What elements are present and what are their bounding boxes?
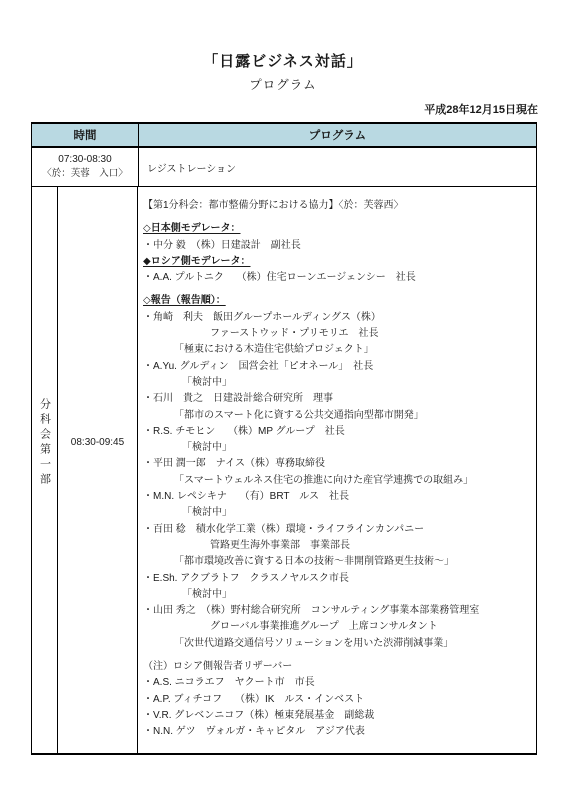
program-line: ◇日本側モデレータ： (138, 221, 536, 237)
program-line: 【第1分科会：都市整備分野における協力】〈於：芙蓉西〉 (138, 198, 536, 214)
session-label-cell: 分科会第一部 (32, 187, 58, 753)
table-header-row: 時間 プログラム (32, 124, 536, 148)
program-line: ◇報告（報告順）： (138, 293, 536, 309)
program-line: ファーストウッド・プリモリエ 社長 (138, 326, 536, 342)
program-line: 管路更生海外事業部 事業部長 (138, 538, 536, 554)
program-line: ・A.S. ニコラエフ ヤクート市 市長 (138, 675, 536, 691)
program-line: 「極東における木造住宅供給プロジェクト」 (138, 342, 536, 358)
header-cell-time: 時間 (32, 124, 139, 146)
program-line: ・A.P. ブィチコフ （株）IK ルス・インベスト (138, 692, 536, 708)
program-lines: 【第1分科会：都市整備分野における協力】〈於：芙蓉西〉◇日本側モデレータ：・中分… (138, 187, 536, 753)
program-table: 時間 プログラム 07:30-08:30 〈於：芙蓉 入口〉 レジストレーション… (31, 122, 537, 755)
program-line: ・M.N. レペシキナ （有）BRT ルス 社長 (138, 489, 536, 505)
program-line: ・R.S. チモヒン （株）MP グループ 社長 (138, 424, 536, 440)
program-line: ・V.R. グレベンニコフ（株）極東発展基金 副総裁 (138, 708, 536, 724)
header-cell-program: プログラム (139, 124, 536, 146)
program-line: ・A.A. プルトニク （株）住宅ローンエージェンシー 社長 (138, 270, 536, 286)
session-label: 分科会第一部 (37, 398, 53, 488)
title-block: 「日露ビジネス対話」 プログラム (0, 50, 566, 93)
program-line: ・平田 潤一郎 ナイス（株）専務取締役 (138, 456, 536, 472)
date-note: 平成28年12月15日現在 (424, 101, 538, 117)
registration-row: 07:30-08:30 〈於：芙蓉 入口〉 レジストレーション (32, 148, 536, 187)
program-line-spacer (138, 214, 536, 221)
program-line: ・百田 稔 積水化学工業（株）環境・ライフラインカンパニー (138, 522, 536, 538)
program-line: 「検討中」 (138, 587, 536, 603)
program-line-spacer (138, 652, 536, 659)
program-line: ・角崎 利夫 飯田グループホールディングス（株） (138, 310, 536, 326)
program-line: 「スマートウェルネス住宅の推進に向けた産官学連携での取組み」 (138, 473, 536, 489)
session-time-cell: 08:30-09:45 (58, 187, 138, 753)
session-row: 分科会第一部 08:30-09:45 【第1分科会：都市整備分野における協力】〈… (32, 187, 536, 753)
document-title: 「日露ビジネス対話」 (0, 50, 566, 71)
program-line: 「都市環境改善に資する日本の技術～非開削管路更生技術～」 (138, 554, 536, 570)
program-line: ・中分 毅 （株）日建設計 副社長 (138, 238, 536, 254)
program-line: 「検討中」 (138, 440, 536, 456)
document-subtitle: プログラム (0, 75, 566, 93)
program-line: ◆ロシア側モデレータ： (138, 254, 536, 270)
program-line: ・A.Yu. グルディン 国営会社「ピオネール」 社長 (138, 359, 536, 375)
registration-time: 07:30-08:30 (58, 153, 111, 167)
document-page: 「日露ビジネス対話」 プログラム 平成28年12月15日現在 時間 プログラム … (0, 0, 566, 800)
program-line: ・N.N. ゲツ ヴォルガ・キャピタル アジア代表 (138, 724, 536, 740)
program-line: 「検討中」 (138, 375, 536, 391)
program-line: グローバル事業推進グループ 上席コンサルタント (138, 619, 536, 635)
program-line-spacer (138, 286, 536, 293)
registration-venue: 〈於：芙蓉 入口〉 (42, 167, 128, 181)
program-line: 「次世代道路交通信号ソリューションを用いた渋滞削減事業」 (138, 636, 536, 652)
program-line: ・石川 貴之 日建設計総合研究所 理事 (138, 391, 536, 407)
program-line: ・山田 秀之 （株）野村総合研究所 コンサルティング事業本部業務管理室 (138, 603, 536, 619)
program-line: 「検討中」 (138, 505, 536, 521)
program-line: （注）ロシア側報告者リザーバー (138, 659, 536, 675)
registration-program-cell: レジストレーション (139, 148, 536, 186)
registration-time-cell: 07:30-08:30 〈於：芙蓉 入口〉 (32, 148, 139, 186)
program-line: ・E.Sh. アクブラトフ クラスノヤルスク市長 (138, 571, 536, 587)
program-line: 「都市のスマート化に資する公共交通指向型都市開発」 (138, 408, 536, 424)
